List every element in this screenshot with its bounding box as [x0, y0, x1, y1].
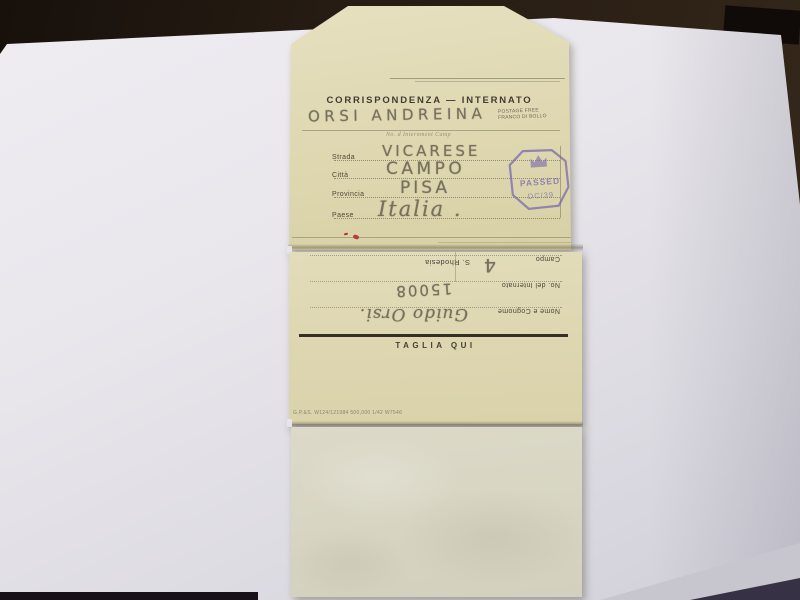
field-value-handwriting: PISA — [400, 178, 450, 198]
fold-crease-line — [438, 242, 578, 243]
addressee-name-handwriting: ORSI ANDREINA — [308, 104, 487, 125]
censor-stamp: PASSED DC/39 — [504, 144, 577, 221]
field-campo: Campo 4 S. Rhodesia — [310, 255, 562, 280]
edge-notch — [287, 419, 292, 427]
field-suffix-print: S. Rhodesia — [425, 258, 470, 267]
flap-crease-line — [390, 78, 565, 79]
cut-here-rule — [299, 334, 568, 337]
sender-panel: Nome e Cognome Guido Orsi. No. del Inter… — [289, 252, 582, 424]
fold-crease-line — [292, 237, 579, 238]
crown-icon — [530, 155, 547, 168]
cut-here-label: TAGLIA QUI — [289, 341, 582, 350]
field-numero-internato: No. del Internato 15008 — [310, 281, 562, 306]
printer-imprint: G.P.&S. W124/121984 500,000 1/42 W7546 — [293, 410, 402, 416]
stamp-text-censor-number: DC/39 — [528, 190, 555, 201]
stamp-text-passed: PASSED — [520, 176, 561, 189]
camp-note-print: No. d Internment Camp — [386, 132, 451, 138]
board-shadow — [650, 0, 800, 600]
field-label: Strada — [332, 154, 355, 161]
postage-line-2: FRANCO DI BOLLO — [498, 113, 547, 121]
field-label: No. del Internato — [501, 281, 560, 288]
photo-of-internment-letter: CORRISPONDENZA — INTERNATO ORSI ANDREINA… — [0, 0, 800, 600]
vertical-crease — [455, 252, 456, 282]
red-dot — [344, 233, 348, 236]
field-label: Paese — [332, 212, 354, 219]
field-value-handwriting: 4 — [484, 254, 496, 276]
address-panel: CORRISPONDENZA — INTERNATO ORSI ANDREINA… — [288, 6, 583, 250]
field-value-handwriting: Italia . — [378, 197, 463, 221]
field-value-handwriting: VICARESE — [382, 142, 480, 160]
field-label: Città — [332, 172, 348, 179]
board-edge-dark — [0, 592, 258, 600]
field-label: Nome e Cognome — [498, 307, 560, 314]
postage-free-note: POSTAGE FREE FRANCO DI BOLLO — [498, 107, 547, 121]
name-baseline — [302, 130, 560, 131]
internee-correspondence-form: CORRISPONDENZA — INTERNATO ORSI ANDREINA… — [288, 6, 583, 597]
field-value-handwriting: 15008 — [394, 280, 453, 301]
blank-letter-panel — [291, 427, 582, 597]
field-label: Campo — [535, 255, 560, 262]
flap-crease-line — [415, 81, 560, 82]
field-value-handwriting: CAMPO — [386, 159, 465, 179]
upside-down-sender-block: Nome e Cognome Guido Orsi. No. del Inter… — [289, 254, 582, 334]
fold-shadow — [288, 244, 583, 251]
field-value-handwriting: Guido Orsi. — [359, 304, 468, 324]
field-label: Provincia — [332, 191, 364, 198]
field-nome-cognome: Nome e Cognome Guido Orsi. — [310, 307, 562, 334]
form-title: CORRISPONDENZA — INTERNATO — [288, 95, 571, 106]
